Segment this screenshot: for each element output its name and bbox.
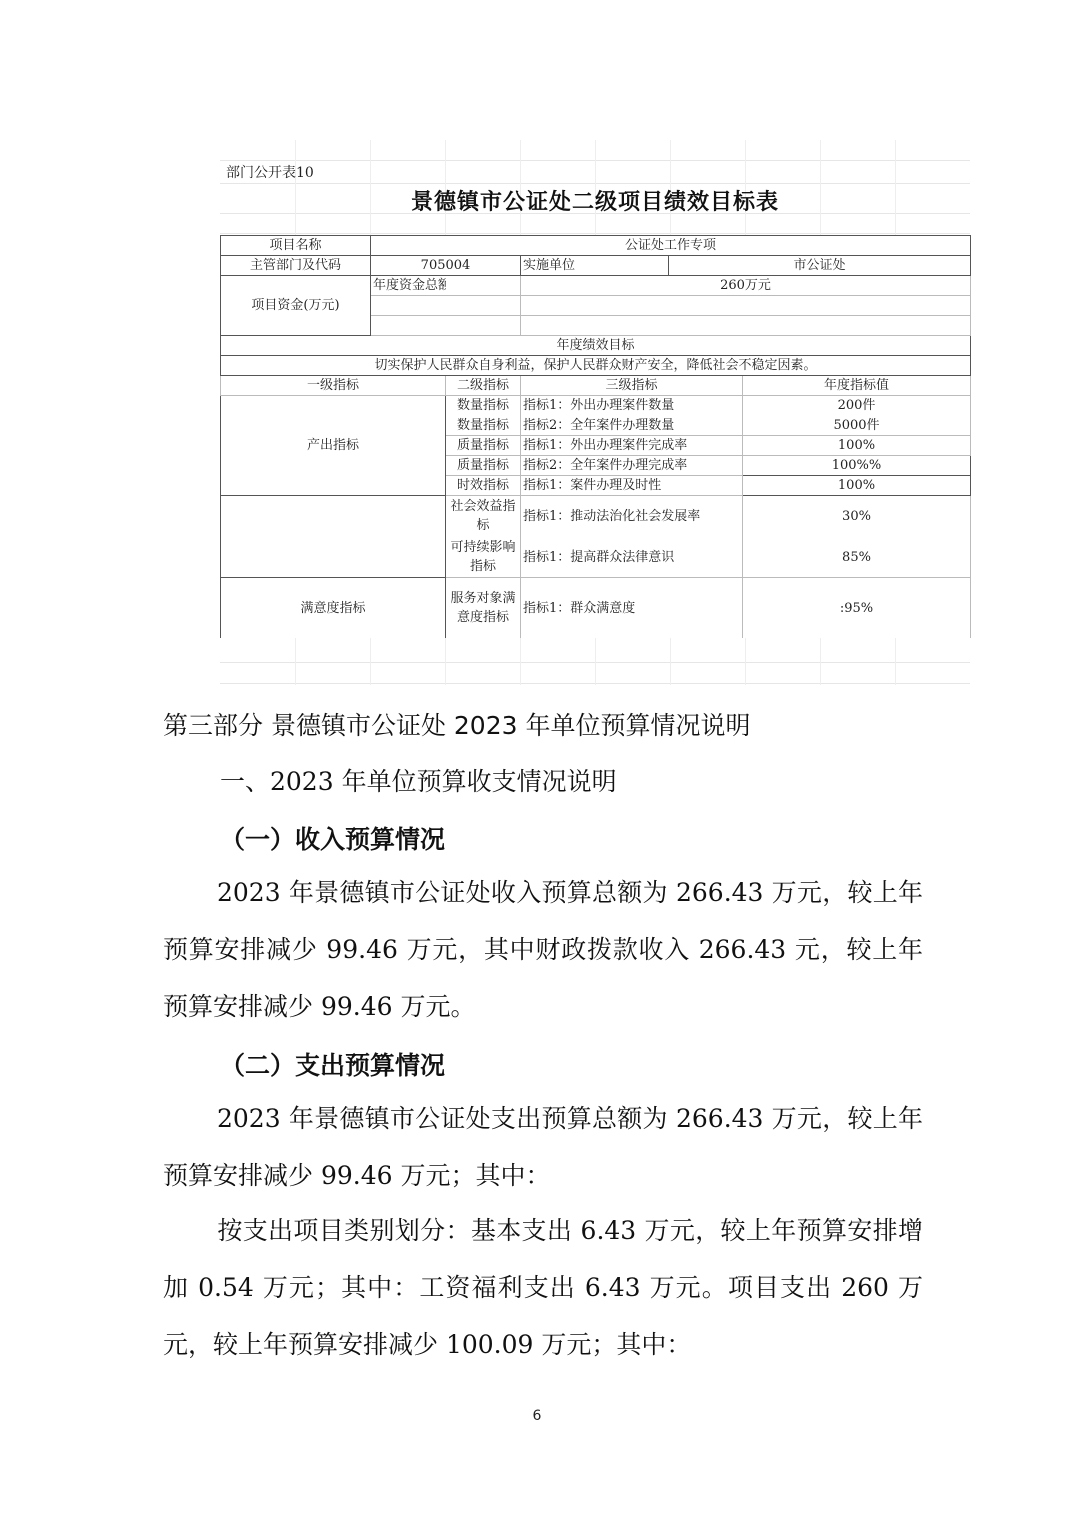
expense-paragraph-1: 2023 年景德镇市公证处支出预算总额为 266.43 万元，较上年预算安排减少…: [163, 1090, 923, 1204]
fund-total-label: 年度资金总额: [371, 276, 446, 296]
form-title: 景德镇市公证处二级项目绩效目标表: [220, 185, 970, 216]
form-number-label: 部门公开表10: [226, 162, 314, 182]
table-row: 项目资金(万元) 年度资金总额 260万元: [221, 276, 971, 296]
expense-text-1: 2023 年景德镇市公证处支出预算总额为 266.43 万元，较上年预算安排减少…: [163, 1104, 923, 1190]
value-cell: 100%: [743, 476, 971, 496]
header-level1: 一级指标: [221, 376, 446, 396]
header-level2: 二级指标: [446, 376, 521, 396]
value-cell: 100%: [743, 436, 971, 456]
table-row: 项目名称 公证处工作专项: [221, 236, 971, 256]
page-number: 6: [0, 1408, 1074, 1424]
value-cell: :95%: [743, 578, 971, 639]
income-heading: （一）收入预算情况: [220, 820, 445, 856]
level2-cell: 数量指标: [446, 416, 521, 436]
level3-cell: 指标1：提高群众法律意识: [521, 537, 743, 578]
level2-cell: 社会效益指标: [446, 496, 521, 537]
annual-goal-label: 年度绩效目标: [221, 336, 971, 356]
level2-cell: 质量指标: [446, 456, 521, 476]
table-row: 切实保护人民群众自身利益，保护人民群众财产安全，降低社会不稳定因素。: [221, 356, 971, 376]
level3-cell: 指标1：群众满意度: [521, 578, 743, 639]
value-cell: 85%: [743, 537, 971, 578]
impl-unit-label: 实施单位: [521, 256, 669, 276]
level3-cell: 指标1：外出办理案件数量: [521, 396, 743, 416]
expense-paragraph-2: 按支出项目类别划分：基本支出 6.43 万元，较上年预算安排增加 0.54 万元…: [163, 1202, 923, 1373]
level2-cell: 时效指标: [446, 476, 521, 496]
level3-cell: 指标2：全年案件办理数量: [521, 416, 743, 436]
expense-heading: （二）支出预算情况: [220, 1046, 445, 1082]
header-level3: 三级指标: [521, 376, 743, 396]
project-name-label: 项目名称: [221, 236, 371, 256]
level3-cell: 指标1：外出办理案件完成率: [521, 436, 743, 456]
subsection-title: 一、2023 年单位预算收支情况说明: [220, 762, 617, 798]
performance-table: 项目名称 公证处工作专项 主管部门及代码 705004 实施单位 市公证处 项目…: [220, 235, 971, 638]
level2-cell: 服务对象满意度指标: [446, 578, 521, 639]
level2-cell: 质量指标: [446, 436, 521, 456]
table-row: 社会效益指标 指标1：推动法治化社会发展率 30%: [221, 496, 971, 537]
impl-unit-value: 市公证处: [669, 256, 971, 276]
income-paragraph: 2023 年景德镇市公证处收入预算总额为 266.43 万元，较上年预算安排减少…: [163, 864, 923, 1035]
value-cell: 30%: [743, 496, 971, 537]
expense-text-2: 按支出项目类别划分：基本支出 6.43 万元，较上年预算安排增加 0.54 万元…: [163, 1216, 923, 1359]
table-row: 满意度指标 服务对象满意度指标 指标1：群众满意度 :95%: [221, 578, 971, 639]
level1-output: 产出指标: [221, 396, 446, 496]
dept-code-value: 705004: [371, 256, 521, 276]
annual-goal-text: 切实保护人民群众自身利益，保护人民群众财产安全，降低社会不稳定因素。: [221, 356, 971, 376]
section-title: 第三部分 景德镇市公证处 2023 年单位预算情况说明: [163, 706, 750, 742]
table-row: 产出指标 数量指标 指标1：外出办理案件数量 200件: [221, 396, 971, 416]
level2-cell: 数量指标: [446, 396, 521, 416]
fund-total-value: 260万元: [521, 276, 971, 296]
table-row: 主管部门及代码 705004 实施单位 市公证处: [221, 256, 971, 276]
value-cell: 200件: [743, 396, 971, 416]
value-cell: 100%%: [743, 456, 971, 476]
performance-target-sheet: 部门公开表10 景德镇市公证处二级项目绩效目标表 项目名称 公证处工作专项 主管…: [220, 140, 970, 685]
level3-cell: 指标1：案件办理及时性: [521, 476, 743, 496]
table-row: 年度绩效目标: [221, 336, 971, 356]
level3-cell: 指标1：推动法治化社会发展率: [521, 496, 743, 537]
level1-effect: [221, 496, 446, 578]
fund-label: 项目资金(万元): [221, 276, 371, 336]
project-name-value: 公证处工作专项: [371, 236, 971, 256]
value-cell: 5000件: [743, 416, 971, 436]
level2-cell: 可持续影响指标: [446, 537, 521, 578]
header-value: 年度指标值: [743, 376, 971, 396]
level1-satisfaction: 满意度指标: [221, 578, 446, 639]
table-header-row: 一级指标 二级指标 三级指标 年度指标值: [221, 376, 971, 396]
level3-cell: 指标2：全年案件办理完成率: [521, 456, 743, 476]
dept-code-label: 主管部门及代码: [221, 256, 371, 276]
income-text: 2023 年景德镇市公证处收入预算总额为 266.43 万元，较上年预算安排减少…: [163, 878, 923, 1021]
